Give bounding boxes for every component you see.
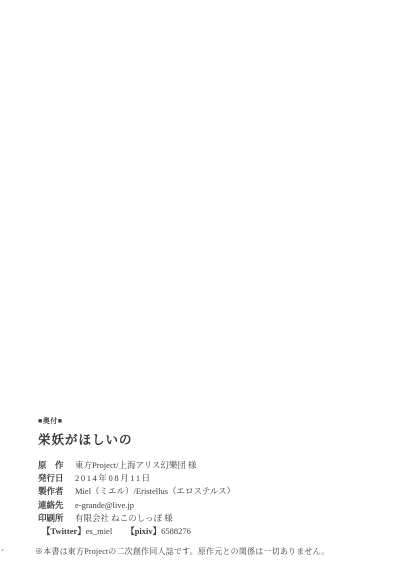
- row-value: 2014年08月11日: [75, 472, 152, 485]
- social-accounts-row: 【Twitter】es_miel【pixiv】6588276: [38, 525, 378, 538]
- row-label: 発行日: [38, 472, 75, 485]
- colophon-block: ■奥付■ 栄妖がほしいの 原 作 東方Project/上海アリス幻樂団 様 発行…: [38, 416, 378, 557]
- pixiv-id: 6588276: [161, 526, 191, 536]
- row-label: 連絡先: [38, 499, 75, 512]
- row-value: 有限会社 ねこのしっぽ 様: [75, 512, 173, 525]
- book-title: 栄妖がほしいの: [38, 430, 378, 448]
- row-label: 製作者: [38, 485, 75, 498]
- row-label: 印刷所: [38, 512, 75, 525]
- copyright-disclaimer: ※本書は東方Projectの二次創作同人誌です。原作元との関係は一切ありません。: [35, 546, 378, 557]
- row-value: Miel（ミエル）/Eristellus（エロステルス）: [75, 485, 235, 498]
- row-label: 原 作: [38, 459, 75, 472]
- table-row-contact: 連絡先 e-grande@live.jp: [38, 499, 378, 512]
- table-row-publish-date: 発行日 2014年08月11日: [38, 472, 378, 485]
- colophon-page: ■奥付■ 栄妖がほしいの 原 作 東方Project/上海アリス幻樂団 様 発行…: [0, 0, 400, 567]
- table-row-printer: 印刷所 有限会社 ねこのしっぽ 様: [38, 512, 378, 525]
- table-row-original-work: 原 作 東方Project/上海アリス幻樂団 様: [38, 459, 378, 472]
- twitter-handle: es_miel: [86, 526, 112, 536]
- row-value: 東方Project/上海アリス幻樂団 様: [75, 459, 197, 472]
- colophon-section-header: ■奥付■: [38, 416, 378, 426]
- scan-artifact: [1, 549, 4, 551]
- table-row-creator: 製作者 Miel（ミエル）/Eristellus（エロステルス）: [38, 485, 378, 498]
- twitter-label: 【Twitter】: [42, 526, 86, 536]
- pixiv-label: 【pixiv】: [126, 526, 161, 536]
- contact-email: e-grande@live.jp: [75, 499, 134, 512]
- publication-info-table: 原 作 東方Project/上海アリス幻樂団 様 発行日 2014年08月11日…: [38, 459, 378, 525]
